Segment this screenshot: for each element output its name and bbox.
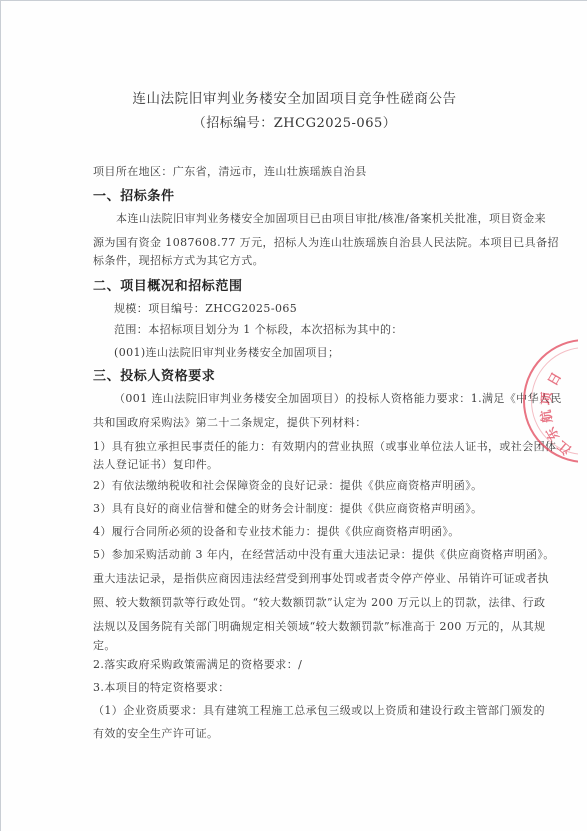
project-region: 项目所在地区：广东省，清远市，连山壮族瑶族自治县	[93, 163, 367, 179]
section-heading-3: 三、投标人资格要求	[93, 365, 215, 384]
paragraph-line: 2.落实政府采购政策需满足的资格要求：/	[93, 656, 302, 672]
paragraph-line: 1）具有独立承担民事责任的能力：有效期内的营业执照（或事业单位法人证书，或社会团…	[93, 438, 556, 454]
paragraph-line: 规模：项目编号：ZHCG2025-065	[114, 300, 297, 316]
paragraph-line: 共和国政府采购法》第二十二条规定，提供下列材料：	[93, 414, 367, 430]
paragraph-line: (001)连山法院旧审判业务楼安全加固项目；	[114, 344, 339, 360]
section-heading-2: 二、项目概况和招标范围	[93, 275, 243, 294]
seal-char: 项	[535, 391, 555, 406]
paragraph-line: 有效的安全生产许可证。	[93, 725, 218, 741]
paragraph-line: 范围：本招标项目划分为 1 个标段，本次招标为其中的：	[114, 321, 403, 337]
paragraph-line: （001 连山法院旧审判业务楼安全加固项目）的投标人资格能力要求：1.满足《中华…	[114, 390, 562, 406]
paragraph-line: 标条件，现招标方式为其它方式。	[93, 252, 264, 268]
paragraph-line: 定。	[93, 637, 116, 653]
page-edge-mask	[578, 1, 587, 831]
paragraph-line: 3）具有良好的商业信誉和健全的财务会计制度：提供《供应商资格声明函》。	[93, 500, 483, 516]
paragraph-line: 重大违法记录，是指供应商因违法经营受到刑事处罚或者责令停产停业、吊销许可证或者执	[93, 570, 549, 586]
paragraph-line: （1）企业资质要求：具有建筑工程施工总承包三级或以上资质和建设行政主管部门颁发的	[93, 702, 545, 718]
document-page: 连山法院旧审判业务楼安全加固项目竞争性磋商公告 （招标编号：ZHCG2025-0…	[0, 0, 587, 831]
paragraph-line: 5）参加采购活动前 3 年内，在经营活动中没有重大违法记录：提供《供应商资格声明…	[93, 546, 555, 562]
paragraph-line: 照、较大数额罚款等行政处罚。“较大数额罚款”认定为 200 万元以上的罚款，法律…	[93, 594, 545, 610]
paragraph-line: 法规以及国务院有关部门明确规定相关领域“较大数额罚款”标准高于 200 万元的，…	[93, 618, 545, 634]
section-heading-1: 一、招标条件	[93, 185, 175, 204]
paragraph-line: 本连山法院旧审判业务楼安全加固项目已由项目审批/核准/备案机关批准，项目资金来	[116, 210, 546, 226]
paragraph-line: 3.本项目的特定资格要求：	[93, 679, 230, 695]
paragraph-line: 4）履行合同所必须的设备和专业技术能力：提供《供应商资格声明函》。	[93, 523, 460, 539]
paragraph-line: 源为国有资金 1087608.77 万元，招标人为连山壮族瑶族自治县人民法院。本…	[93, 234, 559, 250]
paragraph-line: 法人登记证书）复印件。	[93, 456, 218, 472]
document-title: 连山法院旧审判业务楼安全加固项目竞争性磋商公告	[1, 87, 587, 107]
paragraph-line: 2）有依法缴纳税收和社会保障资金的良好记录：提供《供应商资格声明函》。	[93, 477, 483, 493]
document-subtitle: （招标编号：ZHCG2025-065）	[1, 112, 587, 131]
